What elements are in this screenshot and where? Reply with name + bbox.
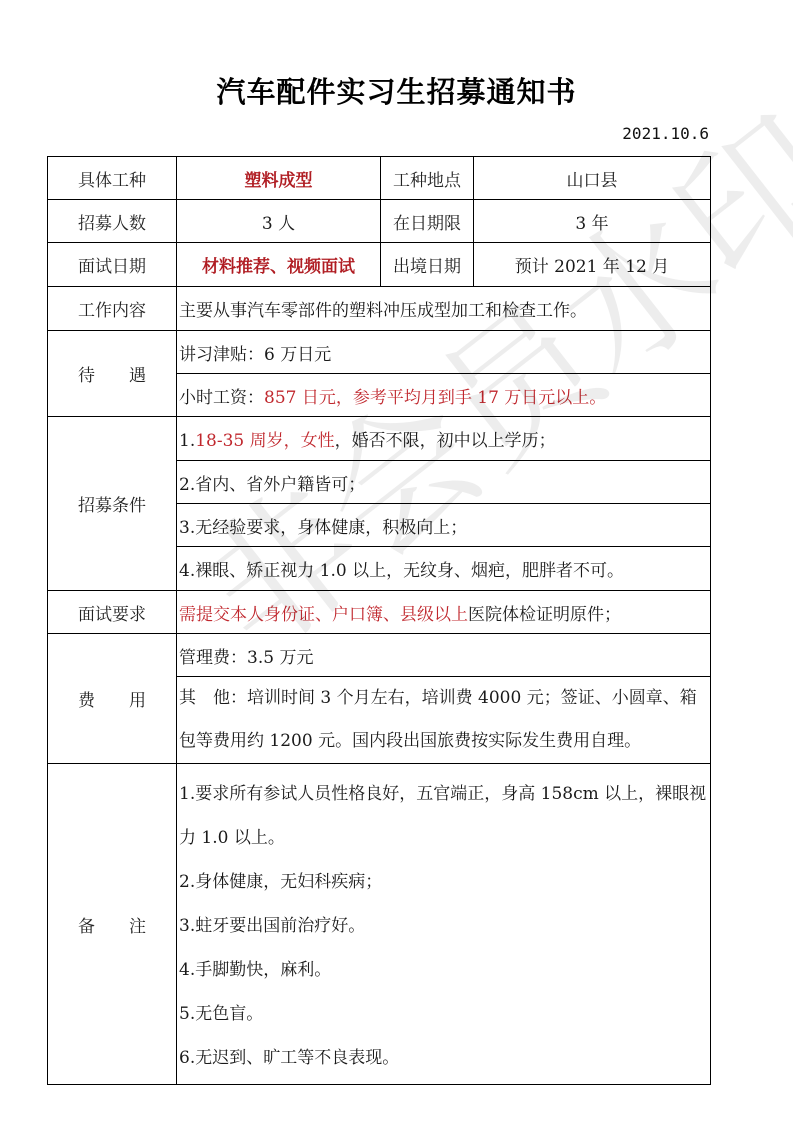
condition-1-number: 1. [179, 431, 195, 451]
document-title: 汽车配件实习生招募通知书 [0, 70, 793, 111]
interview-req-highlight: 需提交本人身份证、户口簿、县级以上 [179, 605, 468, 625]
row-interview-req: 面试要求 需提交本人身份证、户口簿、县级以上医院体检证明原件； [48, 591, 711, 634]
note-item: 2.身体健康，无妇科疾病； [179, 860, 708, 904]
fees-label: 费 用 [48, 634, 177, 764]
row-interview-date: 面试日期 材料推荐、视频面试 出境日期 预计 2021 年 12 月 [48, 243, 711, 287]
row-conditions-1: 招募条件 1.18-35 周岁，女性，婚否不限，初中以上学历； [48, 417, 711, 461]
note-item: 4.手脚勤快，麻利。 [179, 948, 708, 992]
term-value: 3 年 [474, 200, 711, 243]
term-label: 在日期限 [381, 200, 474, 243]
location-label: 工种地点 [381, 157, 474, 200]
row-work-content: 工作内容 主要从事汽车零部件的塑料冲压成型加工和检查工作。 [48, 287, 711, 331]
row-fees-1: 费 用 管理费：3.5 万元 [48, 634, 711, 677]
interview-date-label: 面试日期 [48, 243, 177, 287]
departure-value: 预计 2021 年 12 月 [474, 243, 711, 287]
conditions-label: 招募条件 [48, 417, 177, 591]
benefits-label: 待 遇 [48, 331, 177, 417]
job-type-value: 塑料成型 [177, 157, 381, 200]
recruitment-table: 具体工种 塑料成型 工种地点 山口县 招募人数 3 人 在日期限 3 年 面试日… [47, 156, 711, 1085]
hourly-wage-value: 857 日元，参考平均月到手 17 万日元以上。 [264, 388, 606, 408]
condition-1-highlight: 18-35 周岁，女性 [195, 431, 334, 451]
notes-list: 1.要求所有参试人员性格良好，五官端正，身高 158cm 以上，裸眼视力 1.0… [177, 764, 711, 1085]
work-content-label: 工作内容 [48, 287, 177, 331]
notes-label: 备 注 [48, 764, 177, 1085]
interview-req-value: 需提交本人身份证、户口簿、县级以上医院体检证明原件； [177, 591, 711, 634]
other-fees: 其 他：培训时间 3 个月左右，培训费 4000 元；签证、小圆章、箱包等费用约… [177, 677, 711, 764]
headcount-value: 3 人 [177, 200, 381, 243]
document-date: 2021.10.6 [622, 124, 709, 143]
row-benefits-1: 待 遇 讲习津贴：6 万日元 [48, 331, 711, 374]
row-notes: 备 注 1.要求所有参试人员性格良好，五官端正，身高 158cm 以上，裸眼视力… [48, 764, 711, 1085]
headcount-label: 招募人数 [48, 200, 177, 243]
allowance-value: 讲习津贴：6 万日元 [177, 331, 711, 374]
condition-item-1: 1.18-35 周岁，女性，婚否不限，初中以上学历； [177, 417, 711, 461]
interview-date-value: 材料推荐、视频面试 [177, 243, 381, 287]
condition-1-rest: ，婚否不限，初中以上学历； [335, 431, 556, 451]
departure-label: 出境日期 [381, 243, 474, 287]
job-type-label: 具体工种 [48, 157, 177, 200]
row-headcount: 招募人数 3 人 在日期限 3 年 [48, 200, 711, 243]
location-value: 山口县 [474, 157, 711, 200]
note-item: 5.无色盲。 [179, 992, 708, 1036]
interview-req-rest: 医院体检证明原件； [468, 605, 621, 625]
management-fee: 管理费：3.5 万元 [177, 634, 711, 677]
condition-item-2: 2.省内、省外户籍皆可； [177, 461, 711, 504]
note-item: 1.要求所有参试人员性格良好，五官端正，身高 158cm 以上，裸眼视力 1.0… [179, 772, 708, 860]
hourly-wage-label: 小时工资： [179, 388, 264, 408]
note-item: 6.无迟到、旷工等不良表现。 [179, 1036, 708, 1080]
condition-item-3: 3.无经验要求，身体健康，积极向上； [177, 504, 711, 547]
interview-req-label: 面试要求 [48, 591, 177, 634]
work-content-value: 主要从事汽车零部件的塑料冲压成型加工和检查工作。 [177, 287, 711, 331]
hourly-wage: 小时工资：857 日元，参考平均月到手 17 万日元以上。 [177, 374, 711, 417]
condition-item-4: 4.裸眼、矫正视力 1.0 以上，无纹身、烟疤，肥胖者不可。 [177, 547, 711, 591]
note-item: 3.蛀牙要出国前治疗好。 [179, 904, 708, 948]
row-job-type: 具体工种 塑料成型 工种地点 山口县 [48, 157, 711, 200]
